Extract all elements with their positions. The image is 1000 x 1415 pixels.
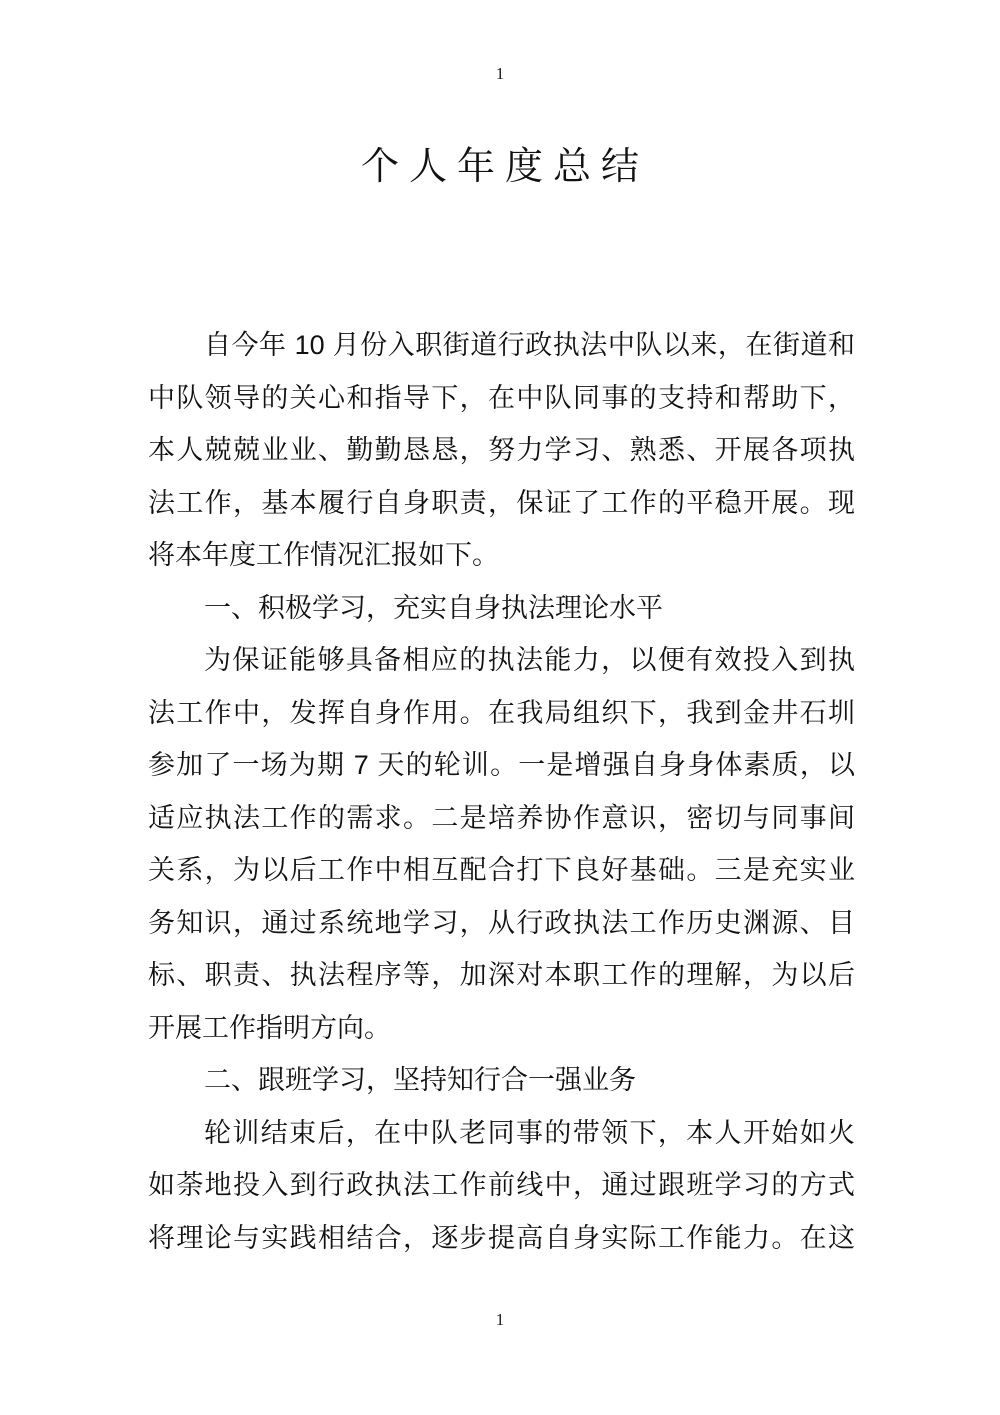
document-title: 个人年度总结 — [0, 143, 1000, 191]
text-line: 将理论与实践相结合，逐步提高自身实际工作能力。在这 — [148, 1212, 855, 1265]
text-line: 自今年 10 月份入职街道行政执法中队以来，在街道和 — [148, 319, 855, 372]
text-line: 中队领导的关心和指导下，在中队同事的支持和帮助下， — [148, 372, 855, 425]
text-line: 二、跟班学习，坚持知行合一强业务 — [148, 1054, 855, 1107]
document-body: 自今年 10 月份入职街道行政执法中队以来，在街道和中队领导的关心和指导下，在中… — [148, 319, 855, 1264]
text-line: 关系，为以后工作中相互配合打下良好基础。三是充实业 — [148, 844, 855, 897]
text-line: 法工作，基本履行自身职责，保证了工作的平稳开展。现 — [148, 477, 855, 530]
text-line: 如荼地投入到行政执法工作前线中，通过跟班学习的方式 — [148, 1159, 855, 1212]
text-line: 轮训结束后，在中队老同事的带领下，本人开始如火 — [148, 1107, 855, 1160]
header-page-number: 1 — [0, 64, 1000, 84]
document-page: 1 个人年度总结 自今年 10 月份入职街道行政执法中队以来，在街道和中队领导的… — [0, 0, 1000, 1415]
text-line: 参加了一场为期 7 天的轮训。一是增强自身身体素质，以 — [148, 739, 855, 792]
text-line: 务知识，通过系统地学习，从行政执法工作历史渊源、目 — [148, 897, 855, 950]
text-line: 本人兢兢业业、勤勤恳恳，努力学习、熟悉、开展各项执 — [148, 424, 855, 477]
footer-page-number: 1 — [0, 1310, 1000, 1330]
text-line: 法工作中，发挥自身作用。在我局组织下，我到金井石圳 — [148, 687, 855, 740]
text-line: 标、职责、执法程序等，加深对本职工作的理解，为以后 — [148, 949, 855, 1002]
text-line: 适应执法工作的需求。二是培养协作意识，密切与同事间 — [148, 792, 855, 845]
text-line: 开展工作指明方向。 — [148, 1002, 855, 1055]
text-line: 将本年度工作情况汇报如下。 — [148, 529, 855, 582]
text-line: 一、积极学习，充实自身执法理论水平 — [148, 582, 855, 635]
text-line: 为保证能够具备相应的执法能力，以便有效投入到执 — [148, 634, 855, 687]
